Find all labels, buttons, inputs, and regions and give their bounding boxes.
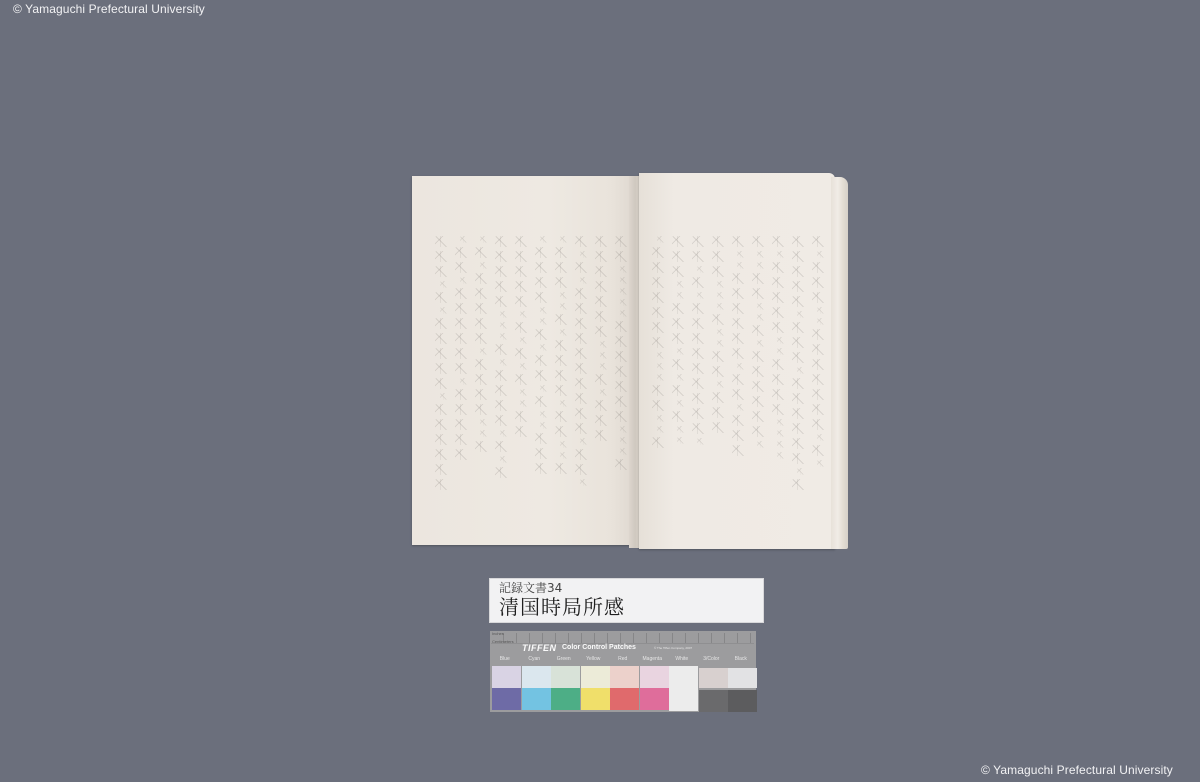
handwritten-glyph (575, 449, 588, 460)
handwritten-glyph (580, 438, 587, 445)
handwritten-glyph (812, 445, 825, 456)
handwritten-glyph (560, 303, 567, 310)
handwritten-glyph (717, 303, 724, 310)
handwritten-glyph (575, 333, 588, 344)
handwritten-glyph (792, 423, 805, 434)
handwritten-glyph (717, 329, 724, 336)
handwritten-glyph (772, 277, 785, 288)
handwritten-glyph (652, 292, 665, 303)
color-control-chart: Inches Centimeters TIFFEN Color Control … (490, 631, 756, 712)
handwritten-glyph (792, 479, 805, 490)
patch-label: 3/Color (697, 656, 727, 664)
handwritten-glyph (697, 266, 704, 273)
patch-label: Black (726, 656, 756, 664)
handwritten-glyph (520, 311, 527, 318)
handwritten-glyph (535, 448, 548, 459)
handwritten-glyph (560, 292, 567, 299)
handwritten-glyph (792, 296, 805, 307)
handwritten-glyph (712, 407, 725, 418)
handwritten-glyph (817, 434, 824, 441)
handwritten-glyph (817, 251, 824, 258)
handwritten-glyph (812, 329, 825, 340)
handwritten-glyph (652, 262, 665, 273)
patch-column (640, 666, 669, 712)
handwritten-glyph (495, 266, 508, 277)
handwritten-glyph (712, 422, 725, 433)
handwritten-glyph (600, 389, 607, 396)
handwritten-glyph (672, 266, 685, 277)
handwritten-glyph (712, 366, 725, 377)
handwritten-glyph (677, 374, 684, 381)
handwritten-glyph (812, 262, 825, 273)
handwritten-glyph (475, 359, 488, 370)
handwritten-glyph (717, 381, 724, 388)
handwritten-glyph (460, 277, 467, 284)
patch-column (669, 666, 698, 712)
handwritten-glyph (792, 266, 805, 277)
handwritten-glyph (540, 344, 547, 351)
handwritten-glyph (737, 262, 744, 269)
right-page (639, 173, 835, 549)
handwritten-glyph (772, 374, 785, 385)
patch-column (522, 666, 551, 712)
handwritten-glyph (575, 303, 588, 314)
copyright-credit-top: © Yamaguchi Prefectural University (13, 2, 205, 16)
handwritten-glyph (772, 404, 785, 415)
handwritten-glyph (652, 322, 665, 333)
handwritten-glyph (615, 459, 628, 470)
handwritten-glyph (555, 463, 568, 474)
handwritten-glyph (460, 378, 467, 385)
handwritten-glyph (712, 266, 725, 277)
handwritten-glyph (620, 437, 627, 444)
patch-column (581, 666, 610, 712)
patch-column (610, 666, 639, 712)
copyright-credit-bottom: © Yamaguchi Prefectural University (981, 763, 1173, 777)
handwritten-glyph (615, 251, 628, 262)
handwritten-glyph (575, 348, 588, 359)
handwritten-glyph (737, 404, 744, 411)
handwritten-glyph (692, 363, 705, 374)
handwritten-glyph (475, 318, 488, 329)
chart-name: Color Control Patches (562, 644, 636, 651)
patch-column (699, 666, 728, 712)
color-patches (492, 666, 758, 712)
handwritten-glyph (717, 292, 724, 299)
handwritten-glyph (455, 449, 468, 460)
handwritten-column (495, 236, 512, 506)
handwritten-column (712, 236, 729, 512)
handwritten-glyph (752, 236, 765, 247)
handwritten-glyph (752, 351, 765, 362)
handwritten-glyph (435, 404, 448, 415)
patch-column (551, 666, 580, 712)
handwritten-column (475, 236, 492, 506)
handwritten-glyph (672, 359, 685, 370)
handwritten-glyph (772, 359, 785, 370)
handwritten-glyph (495, 344, 508, 355)
handwritten-glyph (575, 393, 588, 404)
handwritten-glyph (560, 400, 567, 407)
handwritten-glyph (757, 251, 764, 258)
handwritten-glyph (712, 314, 725, 325)
handwritten-glyph (692, 318, 705, 329)
patch-light (728, 668, 757, 688)
handwritten-glyph (460, 236, 467, 243)
handwritten-glyph (555, 426, 568, 437)
handwritten-glyph (772, 292, 785, 303)
patch-light (522, 666, 551, 688)
handwritten-glyph (812, 344, 825, 355)
patch-light (581, 666, 610, 688)
handwritten-glyph (615, 351, 628, 362)
handwritten-glyph (672, 333, 685, 344)
handwritten-glyph (500, 430, 507, 437)
handwritten-glyph (672, 385, 685, 396)
handwritten-glyph (792, 378, 805, 389)
handwritten-glyph (615, 366, 628, 377)
handwritten-glyph (455, 404, 468, 415)
handwritten-glyph (752, 288, 765, 299)
handwritten-glyph (455, 303, 468, 314)
handwritten-glyph (435, 236, 448, 247)
handwritten-glyph (732, 273, 745, 284)
handwritten-glyph (495, 281, 508, 292)
handwritten-glyph (732, 415, 745, 426)
handwritten-glyph (540, 385, 547, 392)
handwritten-glyph (652, 400, 665, 411)
handwritten-glyph (495, 296, 508, 307)
handwritten-column (435, 236, 452, 506)
handwritten-glyph (480, 262, 487, 269)
handwritten-glyph (440, 307, 447, 314)
handwritten-glyph (652, 437, 665, 448)
handwritten-glyph (732, 236, 745, 247)
handwritten-glyph (535, 396, 548, 407)
handwritten-glyph (435, 449, 448, 460)
ruler-inches-label: Inches (492, 631, 504, 636)
open-manuscript-book (407, 173, 849, 551)
handwritten-glyph (620, 277, 627, 284)
patch-dark (551, 688, 580, 710)
handwritten-column (455, 236, 472, 506)
handwritten-glyph (575, 464, 588, 475)
handwritten-glyph (480, 236, 487, 243)
handwritten-glyph (732, 445, 745, 456)
handwritten-glyph (712, 392, 725, 403)
handwritten-glyph (555, 277, 568, 288)
handwritten-glyph (455, 262, 468, 273)
handwritten-glyph (672, 236, 685, 247)
handwritten-glyph (555, 247, 568, 258)
handwritten-glyph (692, 423, 705, 434)
handwritten-glyph (455, 363, 468, 374)
handwritten-glyph (520, 363, 527, 370)
handwritten-glyph (692, 378, 705, 389)
handwritten-glyph (555, 370, 568, 381)
handwritten-glyph (435, 479, 448, 490)
handwritten-glyph (475, 333, 488, 344)
document-title: 清国時局所感 (499, 595, 755, 619)
handwritten-glyph (737, 251, 744, 258)
handwritten-glyph (595, 374, 608, 385)
handwritten-glyph (752, 396, 765, 407)
handwritten-column (812, 236, 829, 512)
handwritten-column (575, 236, 592, 506)
patch-dark (699, 690, 728, 712)
handwritten-glyph (575, 236, 588, 247)
handwritten-glyph (817, 318, 824, 325)
handwritten-glyph (475, 288, 488, 299)
handwritten-glyph (515, 411, 528, 422)
handwritten-glyph (692, 333, 705, 344)
handwritten-glyph (797, 468, 804, 475)
handwritten-glyph (575, 288, 588, 299)
handwritten-glyph (712, 351, 725, 362)
handwritten-glyph (812, 277, 825, 288)
handwritten-glyph (535, 262, 548, 273)
handwritten-glyph (797, 367, 804, 374)
handwritten-glyph (732, 288, 745, 299)
handwritten-glyph (657, 374, 664, 381)
patch-light (699, 668, 728, 688)
handwritten-glyph (495, 236, 508, 247)
handwritten-glyph (817, 460, 824, 467)
handwritten-glyph (515, 374, 528, 385)
handwritten-glyph (515, 426, 528, 437)
handwritten-glyph (752, 426, 765, 437)
patch-label: Blue (490, 656, 520, 664)
handwritten-glyph (672, 303, 685, 314)
patch-dark (728, 690, 757, 712)
patch-label: Green (549, 656, 579, 664)
handwritten-glyph (500, 333, 507, 340)
handwritten-glyph (792, 236, 805, 247)
handwritten-glyph (595, 326, 608, 337)
handwritten-glyph (615, 411, 628, 422)
handwritten-glyph (615, 396, 628, 407)
patch-column (492, 666, 521, 712)
handwritten-glyph (440, 281, 447, 288)
patch-white (669, 666, 698, 711)
handwritten-glyph (455, 288, 468, 299)
handwritten-glyph (435, 464, 448, 475)
handwritten-glyph (732, 374, 745, 385)
brand-logo: TIFFEN (522, 643, 557, 653)
handwritten-glyph (555, 262, 568, 273)
handwritten-glyph (580, 251, 587, 258)
handwritten-glyph (595, 400, 608, 411)
handwritten-column (692, 236, 709, 512)
handwritten-glyph (620, 288, 627, 295)
handwritten-glyph (615, 336, 628, 347)
handwritten-glyph (772, 262, 785, 273)
handwritten-glyph (692, 303, 705, 314)
handwritten-glyph (812, 419, 825, 430)
handwritten-glyph (772, 322, 785, 333)
handwritten-glyph (480, 430, 487, 437)
patch-column (728, 666, 757, 712)
handwritten-glyph (475, 404, 488, 415)
chart-copyright: © The Tiffen Company, 2007 (654, 646, 692, 650)
handwritten-glyph (697, 292, 704, 299)
patch-label: Red (608, 656, 638, 664)
handwritten-glyph (595, 266, 608, 277)
handwritten-glyph (495, 251, 508, 262)
handwritten-glyph (697, 438, 704, 445)
handwritten-glyph (657, 415, 664, 422)
handwritten-glyph (620, 448, 627, 455)
patch-label: Yellow (579, 656, 609, 664)
handwritten-glyph (495, 370, 508, 381)
handwritten-glyph (732, 389, 745, 400)
left-page (412, 176, 638, 545)
handwritten-glyph (540, 318, 547, 325)
handwritten-glyph (515, 251, 528, 262)
handwritten-glyph (652, 307, 665, 318)
handwritten-glyph (777, 348, 784, 355)
handwritten-glyph (595, 311, 608, 322)
handwritten-glyph (560, 236, 567, 243)
handwritten-glyph (455, 434, 468, 445)
handwritten-glyph (652, 337, 665, 348)
handwritten-glyph (752, 366, 765, 377)
handwritten-glyph (495, 441, 508, 452)
handwritten-glyph (475, 374, 488, 385)
handwritten-glyph (652, 277, 665, 288)
handwritten-glyph (732, 303, 745, 314)
handwritten-glyph (555, 314, 568, 325)
patch-labels: Blue Cyan Green Yellow Red Magenta White… (490, 656, 756, 664)
handwritten-glyph (515, 236, 528, 247)
handwritten-glyph (752, 381, 765, 392)
patch-light (551, 666, 580, 688)
handwritten-glyph (732, 318, 745, 329)
patch-label: Cyan (520, 656, 550, 664)
handwritten-glyph (600, 352, 607, 359)
handwritten-glyph (757, 340, 764, 347)
handwritten-glyph (657, 363, 664, 370)
handwritten-glyph (757, 303, 764, 310)
handwritten-glyph (595, 430, 608, 441)
handwritten-glyph (535, 463, 548, 474)
catalog-label: 記録文書34 清国時局所感 (489, 578, 764, 623)
handwritten-glyph (600, 363, 607, 370)
handwritten-glyph (515, 281, 528, 292)
handwritten-glyph (812, 404, 825, 415)
handwritten-glyph (717, 281, 724, 288)
handwritten-glyph (652, 247, 665, 258)
handwritten-glyph (677, 437, 684, 444)
handwritten-glyph (435, 318, 448, 329)
handwritten-glyph (500, 311, 507, 318)
handwritten-glyph (620, 426, 627, 433)
handwritten-glyph (520, 337, 527, 344)
handwritten-glyph (752, 411, 765, 422)
handwritten-glyph (520, 400, 527, 407)
handwritten-glyph (455, 333, 468, 344)
handwritten-glyph (440, 393, 447, 400)
handwritten-glyph (435, 333, 448, 344)
handwritten-glyph (515, 322, 528, 333)
catalog-number: 記録文書34 (499, 581, 755, 595)
handwritten-glyph (677, 400, 684, 407)
handwritten-glyph (777, 441, 784, 448)
patch-light (640, 666, 669, 688)
handwritten-glyph (752, 325, 765, 336)
handwritten-glyph (515, 348, 528, 359)
handwritten-glyph (495, 415, 508, 426)
handwritten-glyph (580, 277, 587, 284)
handwritten-glyph (677, 426, 684, 433)
handwritten-glyph (455, 389, 468, 400)
handwritten-glyph (555, 355, 568, 366)
patch-label: Magenta (638, 656, 668, 664)
handwritten-glyph (435, 378, 448, 389)
handwritten-glyph (692, 393, 705, 404)
handwritten-glyph (435, 251, 448, 262)
handwritten-glyph (555, 411, 568, 422)
handwritten-glyph (757, 314, 764, 321)
handwritten-glyph (620, 299, 627, 306)
handwritten-glyph (600, 341, 607, 348)
handwritten-glyph (777, 452, 784, 459)
handwritten-glyph (555, 340, 568, 351)
handwritten-column (652, 236, 669, 512)
handwritten-glyph (540, 307, 547, 314)
patch-light (492, 666, 521, 688)
handwritten-glyph (455, 318, 468, 329)
handwritten-glyph (672, 318, 685, 329)
handwritten-column (535, 236, 552, 506)
patch-dark (522, 688, 551, 710)
handwritten-glyph (732, 430, 745, 441)
handwritten-glyph (540, 422, 547, 429)
handwritten-glyph (495, 400, 508, 411)
handwritten-glyph (575, 423, 588, 434)
handwritten-glyph (812, 236, 825, 247)
patch-dark (610, 688, 639, 710)
handwritten-glyph (475, 389, 488, 400)
handwritten-column (672, 236, 689, 512)
handwritten-glyph (475, 441, 488, 452)
handwritten-glyph (677, 348, 684, 355)
handwritten-glyph (620, 266, 627, 273)
handwritten-column (752, 236, 769, 512)
handwritten-glyph (732, 348, 745, 359)
handwritten-glyph (475, 247, 488, 258)
handwritten-glyph (792, 337, 805, 348)
handwritten-glyph (792, 393, 805, 404)
handwritten-glyph (535, 370, 548, 381)
handwritten-glyph (692, 277, 705, 288)
handwritten-glyph (520, 389, 527, 396)
handwritten-glyph (595, 236, 608, 247)
handwritten-glyph (615, 321, 628, 332)
handwritten-glyph (737, 363, 744, 370)
handwritten-glyph (595, 296, 608, 307)
handwritten-glyph (595, 415, 608, 426)
handwritten-glyph (455, 247, 468, 258)
handwritten-glyph (812, 389, 825, 400)
handwritten-glyph (792, 453, 805, 464)
handwritten-glyph (435, 348, 448, 359)
handwritten-glyph (480, 419, 487, 426)
handwritten-glyph (495, 385, 508, 396)
handwritten-glyph (692, 251, 705, 262)
handwritten-glyph (792, 438, 805, 449)
handwritten-glyph (692, 236, 705, 247)
